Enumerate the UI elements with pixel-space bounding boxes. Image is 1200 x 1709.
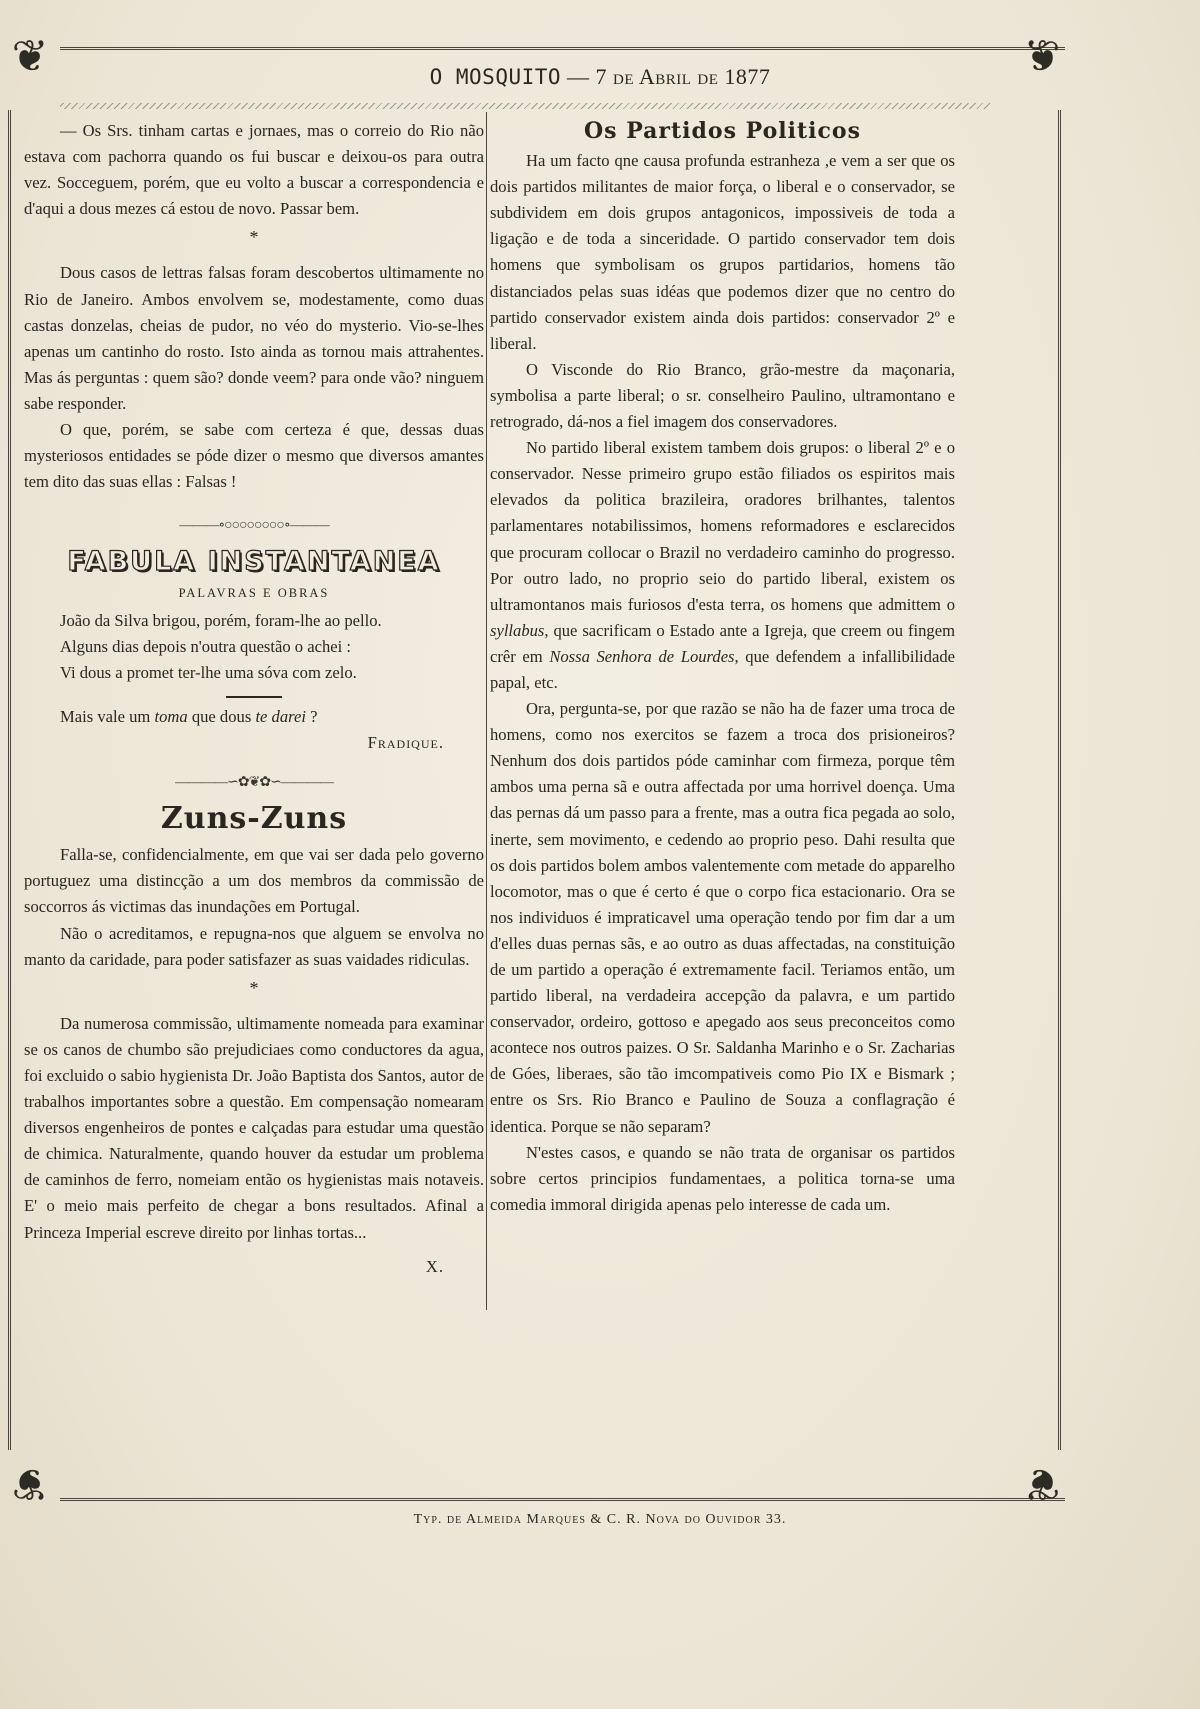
fabula-verse-2: Alguns dias depois n'outra questão o ach… bbox=[24, 634, 484, 660]
right-column: Os Partidos Politicos Ha um facto qne ca… bbox=[490, 118, 955, 1218]
partidos-paragraph-1: Ha um facto qne causa profunda estranhez… bbox=[490, 148, 955, 357]
zuns-heading: Zuns-Zuns bbox=[24, 806, 484, 832]
zuns-signature: X. bbox=[24, 1254, 484, 1280]
fabula-moral: Mais vale um toma que dous te darei ? bbox=[24, 704, 484, 730]
moral-italic-toma: toma bbox=[154, 707, 187, 726]
fabula-subtitle: PALAVRAS E OBRAS bbox=[24, 580, 484, 606]
issue-date: 7 de Abril de 1877 bbox=[596, 64, 771, 89]
lettras-paragraph-1: Dous casos de lettras falsas foram desco… bbox=[24, 260, 484, 417]
moral-text: que dous bbox=[188, 707, 256, 726]
fabula-heading: FABULA INSTANTANEA bbox=[24, 549, 484, 575]
short-rule bbox=[226, 696, 282, 698]
top-frame-rule bbox=[60, 47, 1065, 50]
zuns-paragraph-2: Não o acreditamos, e repugna-nos que alg… bbox=[24, 921, 484, 973]
partidos-paragraph-5: N'estes casos, e quando se não trata de … bbox=[490, 1140, 955, 1218]
printer-imprint: Typ. de Almeida Marques & C. R. Nova do … bbox=[0, 1512, 1200, 1528]
partidos-heading: Os Partidos Politicos bbox=[490, 118, 955, 144]
header-separator: — bbox=[561, 64, 596, 89]
corner-ornament-bottom-right-icon: ❦ bbox=[1012, 1448, 1072, 1518]
partidos-paragraph-3: No partido liberal existem tambem dois g… bbox=[490, 435, 955, 696]
paragraph-text: No partido liberal existem tambem dois g… bbox=[490, 438, 955, 614]
left-frame-rule bbox=[8, 110, 11, 1450]
fabula-verse-1: João da Silva brigou, porém, foram-lhe a… bbox=[24, 608, 484, 634]
zuns-paragraph-1: Falla-se, confidencialmente, em que vai … bbox=[24, 842, 484, 920]
partidos-paragraph-4: Ora, pergunta-se, por que razão se não h… bbox=[490, 696, 955, 1140]
column-divider bbox=[486, 112, 487, 1310]
lettras-paragraph-2: O que, porém, se sabe com certeza é que,… bbox=[24, 417, 484, 495]
right-frame-rule bbox=[1058, 110, 1061, 1450]
newspaper-name: O MOSQUITO bbox=[430, 65, 561, 89]
left-column: — Os Srs. tinham cartas e jornaes, mas o… bbox=[24, 118, 484, 1280]
moral-text: ? bbox=[306, 707, 318, 726]
partidos-paragraph-2: O Visconde do Rio Branco, grão-mestre da… bbox=[490, 357, 955, 435]
correio-paragraph: — Os Srs. tinham cartas e jornaes, mas o… bbox=[24, 118, 484, 222]
page-header: O MOSQUITO — 7 de Abril de 1877 bbox=[0, 64, 1200, 90]
ornament-divider-icon: ———∘○○○○○○○○∘——— bbox=[24, 513, 484, 539]
corner-ornament-bottom-left-icon: ❦ bbox=[0, 1448, 60, 1518]
fabula-verse-3: Vi dous a promet ter-lhe uma sóva com ze… bbox=[24, 660, 484, 686]
section-asterisk: * bbox=[24, 224, 484, 250]
flourish-divider-icon: ————∽✿❦✿∽———— bbox=[24, 770, 484, 796]
moral-text: Mais vale um bbox=[60, 707, 154, 726]
fabula-signature: Fradique. bbox=[24, 730, 484, 756]
italic-syllabus: syllabus bbox=[490, 621, 544, 640]
moral-italic-te-darei: te darei bbox=[255, 707, 306, 726]
section-asterisk: * bbox=[24, 975, 484, 1001]
zuns-paragraph-3: Da numerosa commissão, ultimamente nomea… bbox=[24, 1011, 484, 1246]
header-wavy-rule bbox=[60, 103, 990, 109]
italic-nossa-senhora: Nossa Senhora de Lourdes bbox=[549, 647, 734, 666]
bottom-frame-rule bbox=[60, 1498, 1065, 1501]
newspaper-page: ❦ ❦ ❦ ❦ O MOSQUITO — 7 de Abril de 1877 … bbox=[0, 0, 1200, 1709]
